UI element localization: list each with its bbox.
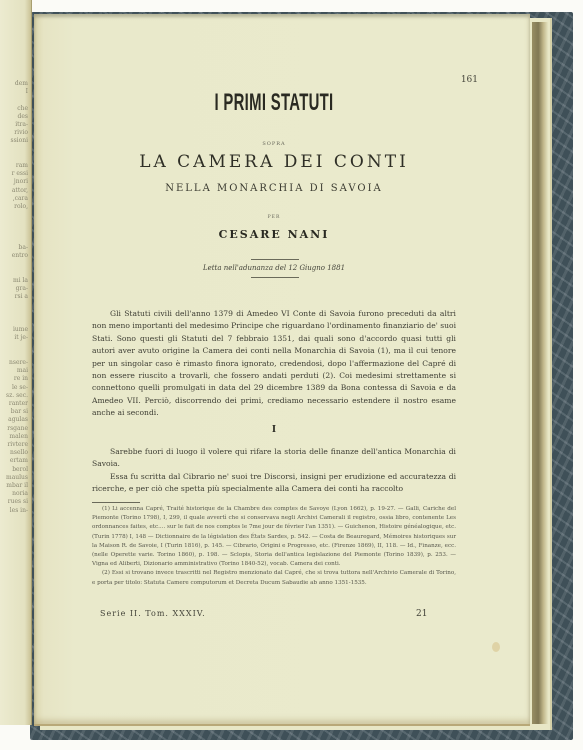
- byline-connector-per: PER: [92, 215, 456, 220]
- paragraph: Essa fu scritta dal Cibrario ne' suoi tr…: [92, 471, 456, 496]
- page-edge-shadow: [532, 22, 548, 724]
- footnote-rule: [92, 502, 140, 503]
- footnote-1: (1) Li accenna Capré, Traité historique …: [92, 505, 456, 569]
- paragraph: Gli Statuti civili dell'anno 1379 di Ame…: [92, 308, 456, 420]
- paper-stain: [492, 642, 500, 652]
- article-title: I PRIMI STATUTI: [161, 89, 387, 117]
- title-connector-sopra: SOPRA: [92, 141, 456, 147]
- previous-page: dem I che des itra- rivio ssioni ram r e…: [0, 0, 32, 725]
- book-photo: dem I che des itra- rivio ssioni ram r e…: [0, 0, 583, 750]
- signature-series: Serie II. Tom. XXXIV.: [100, 609, 206, 618]
- footnote-2: (2) Essi si trovano invece trascritti ne…: [92, 569, 456, 587]
- divider-rule-top: [251, 259, 299, 260]
- document-page: 161 I PRIMI STATUTI SOPRA LA CAMERA DEI …: [34, 14, 530, 726]
- section-heading: I: [92, 425, 456, 435]
- page-number: 161: [448, 75, 478, 85]
- signature-number: 21: [416, 609, 427, 619]
- intro-text: Gli Statuti civili dell'anno 1379 di Ame…: [92, 308, 456, 420]
- read-date: Letta nell'adunanza del 12 Giugno 1881: [92, 264, 456, 272]
- paragraph: Sarebbe fuori di luogo il volere qui rif…: [92, 446, 456, 471]
- article-subtitle-2: NELLA MONARCHIA DI SAVOIA: [92, 183, 456, 194]
- section-text: Sarebbe fuori di luogo il volere qui rif…: [92, 446, 456, 496]
- footnotes: (1) Li accenna Capré, Traité historique …: [92, 505, 456, 588]
- author-name: CESARE NANI: [92, 228, 456, 241]
- previous-page-text-fragments: dem I che des itra- rivio ssioni ram r e…: [0, 80, 28, 550]
- divider-rule-bottom: [251, 277, 299, 278]
- article-subtitle: LA CAMERA DEI CONTI: [92, 152, 456, 172]
